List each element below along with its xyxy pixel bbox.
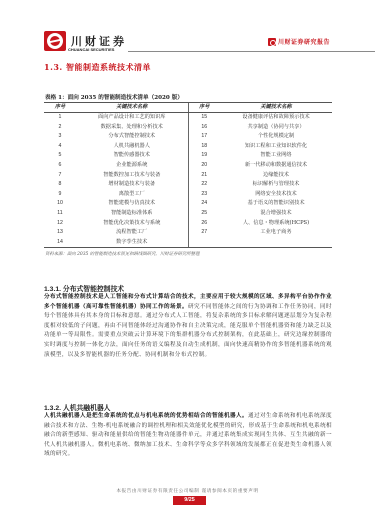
table-row: 8增材制造技术与装备22标识解析与管理技术 <box>44 180 332 190</box>
cell-name: 面向产品设计和工艺的知识库 <box>76 113 188 123</box>
cell-name: 智能制造标准体系 <box>76 209 188 219</box>
cell-num: 3 <box>44 132 76 142</box>
subsection-number: 1.3.2. <box>44 405 61 412</box>
cell-name: 个性化规模定制 <box>220 132 332 142</box>
cell-num: 2 <box>44 123 76 133</box>
table-row: 7智能数控加工技术与装备21边缘能技术 <box>44 171 332 181</box>
paragraph-lead: 人机共融机器人是把生命系统的优点与机电系统的优势相结合的智能机器人。 <box>44 413 248 419</box>
table-row: 11智能制造标准体系25混合增强技术 <box>44 209 332 219</box>
cell-name: 共享制造（协同与共享） <box>220 123 332 133</box>
cell-name: 混合增强技术 <box>220 209 332 219</box>
subsection-title: 1.3.1. 分布式智能控制技术 <box>44 283 124 293</box>
cell-name: 分布式智能控制技术 <box>76 132 188 142</box>
brand-name-en: CHUANCAI SECURITIES <box>68 47 114 52</box>
table-source: 资料来源：面向 2035 的智能制造技术预见和路线图研究，川财证券研究所整理 <box>44 251 332 257</box>
cell-num: 15 <box>188 113 220 123</box>
header-name-right: 关键技术名称 <box>220 103 332 113</box>
cell-num: 16 <box>188 123 220 133</box>
cell-name: 流程智能工厂 <box>76 228 188 238</box>
cell-num: 24 <box>188 199 220 209</box>
cell-name <box>220 238 332 248</box>
cell-name: 数字孪生技术 <box>76 238 188 248</box>
cell-name: 边缘能技术 <box>220 171 332 181</box>
cell-name: 设备健康评估和故障预示技术 <box>220 113 332 123</box>
cell-num: 20 <box>188 161 220 171</box>
table: 序号 关键技术名称 序号 关键技术名称 1面向产品设计和工艺的知识库15设备健康… <box>44 103 332 248</box>
header-name-left: 关键技术名称 <box>76 103 188 113</box>
report-tag: 川财证券研究报告 <box>268 37 330 46</box>
cell-name: 数据采集、处理和分析技术 <box>76 123 188 133</box>
table-row: 14数字孪生技术 <box>44 238 332 248</box>
cell-num: 12 <box>44 219 76 229</box>
page-number: 9/25 <box>173 496 206 505</box>
table-row: 9离散型工厂23网络安全技术技术 <box>44 190 332 200</box>
cell-name: 基于语义的智能识别技术 <box>220 199 332 209</box>
report-tag-label: 川财证券研究报告 <box>278 37 330 46</box>
cell-num: 13 <box>44 228 76 238</box>
cell-num: 23 <box>188 190 220 200</box>
cell-num: 18 <box>188 142 220 152</box>
paragraph-body: 通过对生命系统和机电系统深度融合技术和方法、生物-机电系统融合的调控机理和相关效… <box>44 413 332 457</box>
cell-num: 10 <box>44 199 76 209</box>
subsection-heading: 人机共融机器人 <box>63 404 111 412</box>
paragraph: 人机共融机器人是把生命系统的优点与机电系统的优势相结合的智能机器人。通过对生命系… <box>44 412 332 460</box>
cell-name: 标识解析与管理技术 <box>220 180 332 190</box>
table-row: 12智能优化决策技术与系统26人、信息・物理系统(HCPS) <box>44 219 332 229</box>
cell-num: 25 <box>188 209 220 219</box>
cell-name: 知识工程和工业知识软件化 <box>220 142 332 152</box>
footer-disclaimer: 本报告由川财证券有限责任公司编制 谨请参阅本页的重要声明 <box>0 488 375 494</box>
cell-name: 智能优化决策技术与系统 <box>76 219 188 229</box>
subsection-title: 1.3.2. 人机共融机器人 <box>44 402 110 412</box>
cell-num: 4 <box>44 142 76 152</box>
header-divider <box>128 51 375 52</box>
cell-num: 1 <box>44 113 76 123</box>
cell-num: 11 <box>44 209 76 219</box>
cell-name: 智能工业网络 <box>220 151 332 161</box>
cell-name: 网络安全技术技术 <box>220 190 332 200</box>
table-row: 10智能建模与仿真技术24基于语义的智能识别技术 <box>44 199 332 209</box>
cell-num: 14 <box>44 238 76 248</box>
cell-num: 9 <box>44 190 76 200</box>
table-header-row: 序号 关键技术名称 序号 关键技术名称 <box>44 103 332 113</box>
table-row: 2数据采集、处理和分析技术16共享制造（协同与共享） <box>44 123 332 133</box>
paragraph-body: 研究不同智能体之间的行为协调和工作任务协同，同时每个智能体具有其本身的目标和意愿… <box>44 304 332 358</box>
table-row: 1面向产品设计和工艺的知识库15设备健康评估和故障预示技术 <box>44 113 332 123</box>
brand-logo-icon <box>44 31 66 51</box>
subsection-number: 1.3.1. <box>44 286 61 293</box>
paragraph: 分布式智能控制技术是人工智能和分布式计算结合的技术，主要应用于较大规模的区域、多… <box>44 293 332 360</box>
cell-name: 增材制造技术与装备 <box>76 180 188 190</box>
mini-logo-icon <box>268 38 276 46</box>
cell-name: 企业能源系统 <box>76 161 188 171</box>
cell-num: 27 <box>188 228 220 238</box>
cell-name: 智能数控加工技术与装备 <box>76 171 188 181</box>
cell-num: 5 <box>44 151 76 161</box>
table-row: 4人机共融机器人18知识工程和工业知识软件化 <box>44 142 332 152</box>
header-num-right: 序号 <box>188 103 220 113</box>
cell-name: 离散型工厂 <box>76 190 188 200</box>
cell-num: 17 <box>188 132 220 142</box>
cell-name: 智能传感器技术 <box>76 151 188 161</box>
table-caption: 表格 1：面向 2035 的智能制造技术清单（2020 版） <box>44 93 332 103</box>
cell-name: 新一代移动和数据通信技术 <box>220 161 332 171</box>
cell-num: 19 <box>188 151 220 161</box>
cell-num <box>188 238 220 248</box>
table-row: 5智能传感器技术19智能工业网络 <box>44 151 332 161</box>
table-row: 3分布式智能控制技术17个性化规模定制 <box>44 132 332 142</box>
subsection-heading: 分布式智能控制技术 <box>63 285 124 293</box>
table-row: 13流程智能工厂27工业电子商务 <box>44 228 332 238</box>
table-row: 6企业能源系统20新一代移动和数据通信技术 <box>44 161 332 171</box>
cell-name: 智能建模与仿真技术 <box>76 199 188 209</box>
cell-num: 8 <box>44 180 76 190</box>
cell-num: 21 <box>188 171 220 181</box>
page-header: 川财证券 CHUANCAI SECURITIES 川财证券研究报告 <box>44 30 332 56</box>
cell-num: 7 <box>44 171 76 181</box>
tech-list-table: 表格 1：面向 2035 的智能制造技术清单（2020 版） 序号 关键技术名称… <box>44 93 332 257</box>
cell-num: 22 <box>188 180 220 190</box>
cell-name: 人、信息・物理系统(HCPS) <box>220 219 332 229</box>
cell-num: 26 <box>188 219 220 229</box>
section-title: 1.3. 智能制造系统技术清单 <box>44 62 151 73</box>
header-num-left: 序号 <box>44 103 76 113</box>
cell-name: 人机共融机器人 <box>76 142 188 152</box>
cell-num: 6 <box>44 161 76 171</box>
cell-name: 工业电子商务 <box>220 228 332 238</box>
